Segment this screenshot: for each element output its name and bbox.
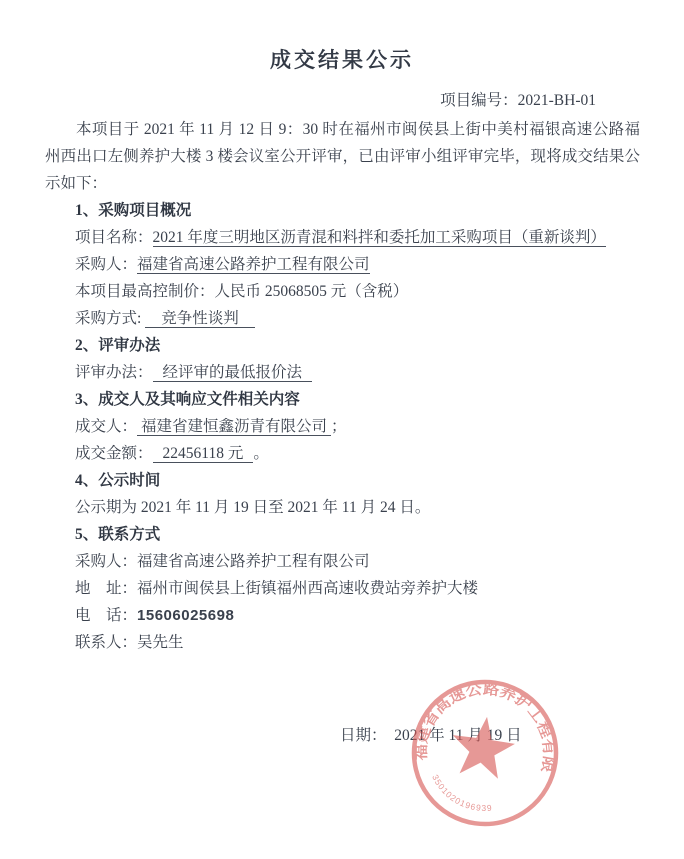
- winner-suffix: ；: [331, 418, 347, 435]
- amount-label: 成交金额：: [75, 445, 153, 462]
- method-value: 竞争性谈判: [145, 310, 255, 328]
- seal-number-text: 3501020196939: [426, 772, 497, 815]
- phone-value: 15606025698: [137, 607, 234, 624]
- address-value: 福州市闽侯县上街镇福州西高速收费站旁养护大楼: [137, 580, 478, 597]
- method-label: 采购方式:: [75, 310, 145, 327]
- project-name-value: 2021 年度三明地区沥青混和料拌和委托加工采购项目（重新谈判）: [153, 229, 606, 247]
- amount-value: 22456118 元: [153, 445, 254, 463]
- publicity-period-line: 公示期为 2021 年 11 月 19 日至 2021 年 11 月 24 日。: [75, 494, 640, 521]
- phone-label: 电 话：: [75, 607, 137, 624]
- section-1-heading: 1、采购项目概况: [75, 197, 640, 224]
- section-5-heading: 5、联系方式: [75, 521, 640, 548]
- purchaser-label: 采购人：: [75, 256, 137, 273]
- project-number-label: 项目编号：: [440, 92, 518, 109]
- contact-person-label: 联系人：: [75, 634, 137, 651]
- section-4-heading: 4、公示时间: [75, 467, 640, 494]
- project-name-label: 项目名称：: [75, 229, 153, 246]
- project-number-value: 2021-BH-01: [518, 92, 596, 109]
- section-3-heading: 3、成交人及其响应文件相关内容: [75, 386, 640, 413]
- max-price-line: 本项目最高控制价：人民币 25068505 元（含税）: [75, 278, 640, 305]
- amount-line: 成交金额：22456118 元。: [75, 440, 640, 467]
- document-body: 本项目于 2021 年 11 月 12 日 9：30 时在福州市闽侯县上街中美村…: [45, 116, 640, 656]
- seal-company-text: 福建省高速公路养护工程有限公司: [393, 660, 572, 780]
- max-price-value: 人民币 25068505 元（含税）: [215, 283, 409, 300]
- winner-label: 成交人：: [75, 418, 137, 435]
- date-value: 2021 年 11 月 19 日: [394, 727, 521, 744]
- contact-person-value: 吴先生: [137, 634, 184, 651]
- official-seal: 福建省高速公路养护工程有限公司 3501020196939: [392, 660, 577, 845]
- purchaser-line: 采购人：福建省高速公路养护工程有限公司: [75, 251, 640, 278]
- project-name-line: 项目名称：2021 年度三明地区沥青混和料拌和委托加工采购项目（重新谈判）: [75, 224, 640, 251]
- method-line: 采购方式: 竞争性谈判: [75, 305, 640, 332]
- max-price-label: 本项目最高控制价：: [75, 283, 215, 300]
- review-method-label: 评审办法：: [75, 364, 153, 381]
- intro-paragraph: 本项目于 2021 年 11 月 12 日 9：30 时在福州市闽侯县上街中美村…: [45, 116, 640, 197]
- section-2-heading: 2、评审办法: [75, 332, 640, 359]
- contact-purchaser-line: 采购人：福建省高速公路养护工程有限公司: [75, 548, 640, 575]
- document-page: 成交结果公示 项目编号：2021-BH-01 本项目于 2021 年 11 月 …: [0, 0, 684, 859]
- project-number-line: 项目编号：2021-BH-01: [0, 87, 684, 114]
- address-line: 地 址：福州市闽侯县上街镇福州西高速收费站旁养护大楼: [75, 575, 640, 602]
- amount-suffix: 。: [253, 445, 269, 462]
- page-title: 成交结果公示: [0, 0, 684, 74]
- address-label: 地 址：: [75, 580, 137, 597]
- contact-purchaser-value: 福建省高速公路养护工程有限公司: [137, 553, 370, 570]
- purchaser-value: 福建省高速公路养护工程有限公司: [137, 256, 370, 274]
- review-method-value: 经评审的最低报价法: [153, 364, 313, 382]
- phone-line: 电 话：15606025698: [75, 602, 640, 629]
- seal-number-text-arc: 3501020196939: [426, 772, 497, 815]
- date-label: 日期：: [340, 727, 394, 744]
- contact-person-line: 联系人：吴先生: [75, 629, 640, 656]
- review-method-line: 评审办法：经评审的最低报价法: [75, 359, 640, 386]
- seal-ring: [405, 673, 565, 833]
- winner-line: 成交人：福建省建恒鑫沥青有限公司；: [75, 413, 640, 440]
- winner-value: 福建省建恒鑫沥青有限公司: [137, 418, 331, 436]
- seal-company-text-arc: 福建省高速公路养护工程有限公司: [393, 660, 572, 780]
- date-line: 日期： 2021 年 11 月 19 日: [340, 722, 522, 749]
- contact-purchaser-label: 采购人：: [75, 553, 137, 570]
